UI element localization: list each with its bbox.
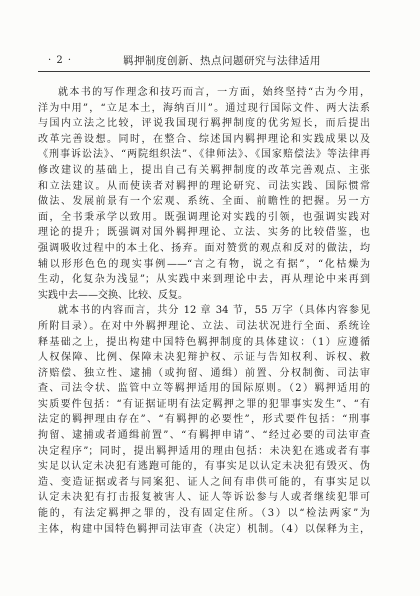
text-line: 实足以认定未决犯有逃跑可能的，有事实足以认定未决犯有毁灭、伪 — [38, 459, 370, 475]
text-line: 改革完善设想。同时，在整合、综述国内羁押理论和实践成果以及 — [38, 132, 370, 148]
text-line: 造、变造证据或者与同案犯、证人之间有串供可能的，有事实足以 — [38, 475, 370, 491]
text-line: 和立法建议。从而使读者对羁押的理论研究、司法实践、国际惯常 — [38, 179, 370, 195]
text-line: 生动，化复杂为浅显”；从实践中来到理论中去，再从理论中来再到 — [38, 272, 370, 288]
text-line: 认定未决犯有打击报复被害人、证人等诉讼参与人或者继续犯罪可 — [38, 490, 370, 506]
text-line: 与国内立法之比较，评说我国现行羁押制度的优劣短长，而后提出 — [38, 116, 370, 132]
text-line: 强调吸收过程中的本土化、扬弃。面对赞赏的观点和反对的做法，均 — [38, 241, 370, 257]
page-header: · 2 · 羁押制度创新、热点问题研究与法律适用 — [38, 54, 370, 68]
text-line: 理论的提升；既强调对国外羁押理论、立法、实务的比较借鉴，也 — [38, 225, 370, 241]
text-line: 辅以形形色色的现实事例——“言之有物，说之有据”，“化枯燥为 — [38, 257, 370, 273]
text-line: 法定的羁押理由存在”、“有羁押的必要性”，形式要件包括：“刑事 — [38, 412, 370, 428]
text-line: 洋为中用”，“立足本土，海纳百川”。通过现行国际文件、两大法系 — [38, 101, 370, 117]
text-line: 人权保障、比例、保障未决犯辩护权、示证与告知权利、诉权、救 — [38, 350, 370, 366]
page-number: · 2 · — [48, 54, 72, 68]
text-line: 查、司法令状、监管中立等羁押适用的国际原则。（2）羁押适用的 — [38, 381, 370, 397]
text-line: 能的，有法定羁押之罪的，没有固定住所。（3）以“检法两家”为 — [38, 506, 370, 522]
text-line: 修改建议的基础上，提出自己有关羁押制度的改革完善观点、主张 — [38, 163, 370, 179]
header-rule — [38, 71, 370, 72]
text-line: 就本书的写作理念和技巧而言，一方面，始终坚持“古为今用， — [38, 85, 370, 101]
text-line: 面，全书秉承学以致用。既强调理论对实践的引领，也强调实践对 — [38, 210, 370, 226]
text-line: 拘留、逮捕或者通缉前置”、“有羁押申请”、“经过必要的司法审查 — [38, 428, 370, 444]
text-line: 做法、发展前景有一个宏观、系统、全面、前瞻性的把握。另一方 — [38, 194, 370, 210]
text-line: 就本书的内容而言，共分 12 章 34 节，55 万字（具体内容参见 — [38, 303, 370, 319]
text-line: 所附目录）。在对中外羁押理论、立法、司法状况进行全面、系统诠 — [38, 319, 370, 335]
page-content: · 2 · 羁押制度创新、热点问题研究与法律适用 就本书的写作理念和技巧而言，一… — [38, 0, 370, 596]
text-line: 决定程序”；同时，提出羁押适用的理由包括：未决犯在逃或者有事 — [38, 444, 370, 460]
text-line: 释基础之上，提出构建中国特色羁押制度的具体建议：（1）应遵循 — [38, 335, 370, 351]
text-line: 实践中去——交换、比较、反复。 — [38, 288, 370, 304]
text-line: 《刑事诉讼法》、“两院组织法”、《律师法》、《国家赔偿法》等法律再 — [38, 147, 370, 163]
book-page: · 2 · 羁押制度创新、热点问题研究与法律适用 就本书的写作理念和技巧而言，一… — [0, 0, 420, 596]
text-line: 济赔偿、独立性、逮捕（或拘留、通缉）前置、分权制衡、司法审 — [38, 366, 370, 382]
text-line: 实质要件包括：“有证据证明有法定羁押之罪的犯罪事实发生”、“有 — [38, 397, 370, 413]
page-body: 就本书的写作理念和技巧而言，一方面，始终坚持“古为今用，洋为中用”，“立足本土，… — [38, 85, 370, 537]
running-title: 羁押制度创新、热点问题研究与法律适用 — [38, 54, 370, 68]
text-line: 主体，构建中国特色羁押司法审查（决定）机制。（4）以保释为主， — [38, 522, 370, 538]
